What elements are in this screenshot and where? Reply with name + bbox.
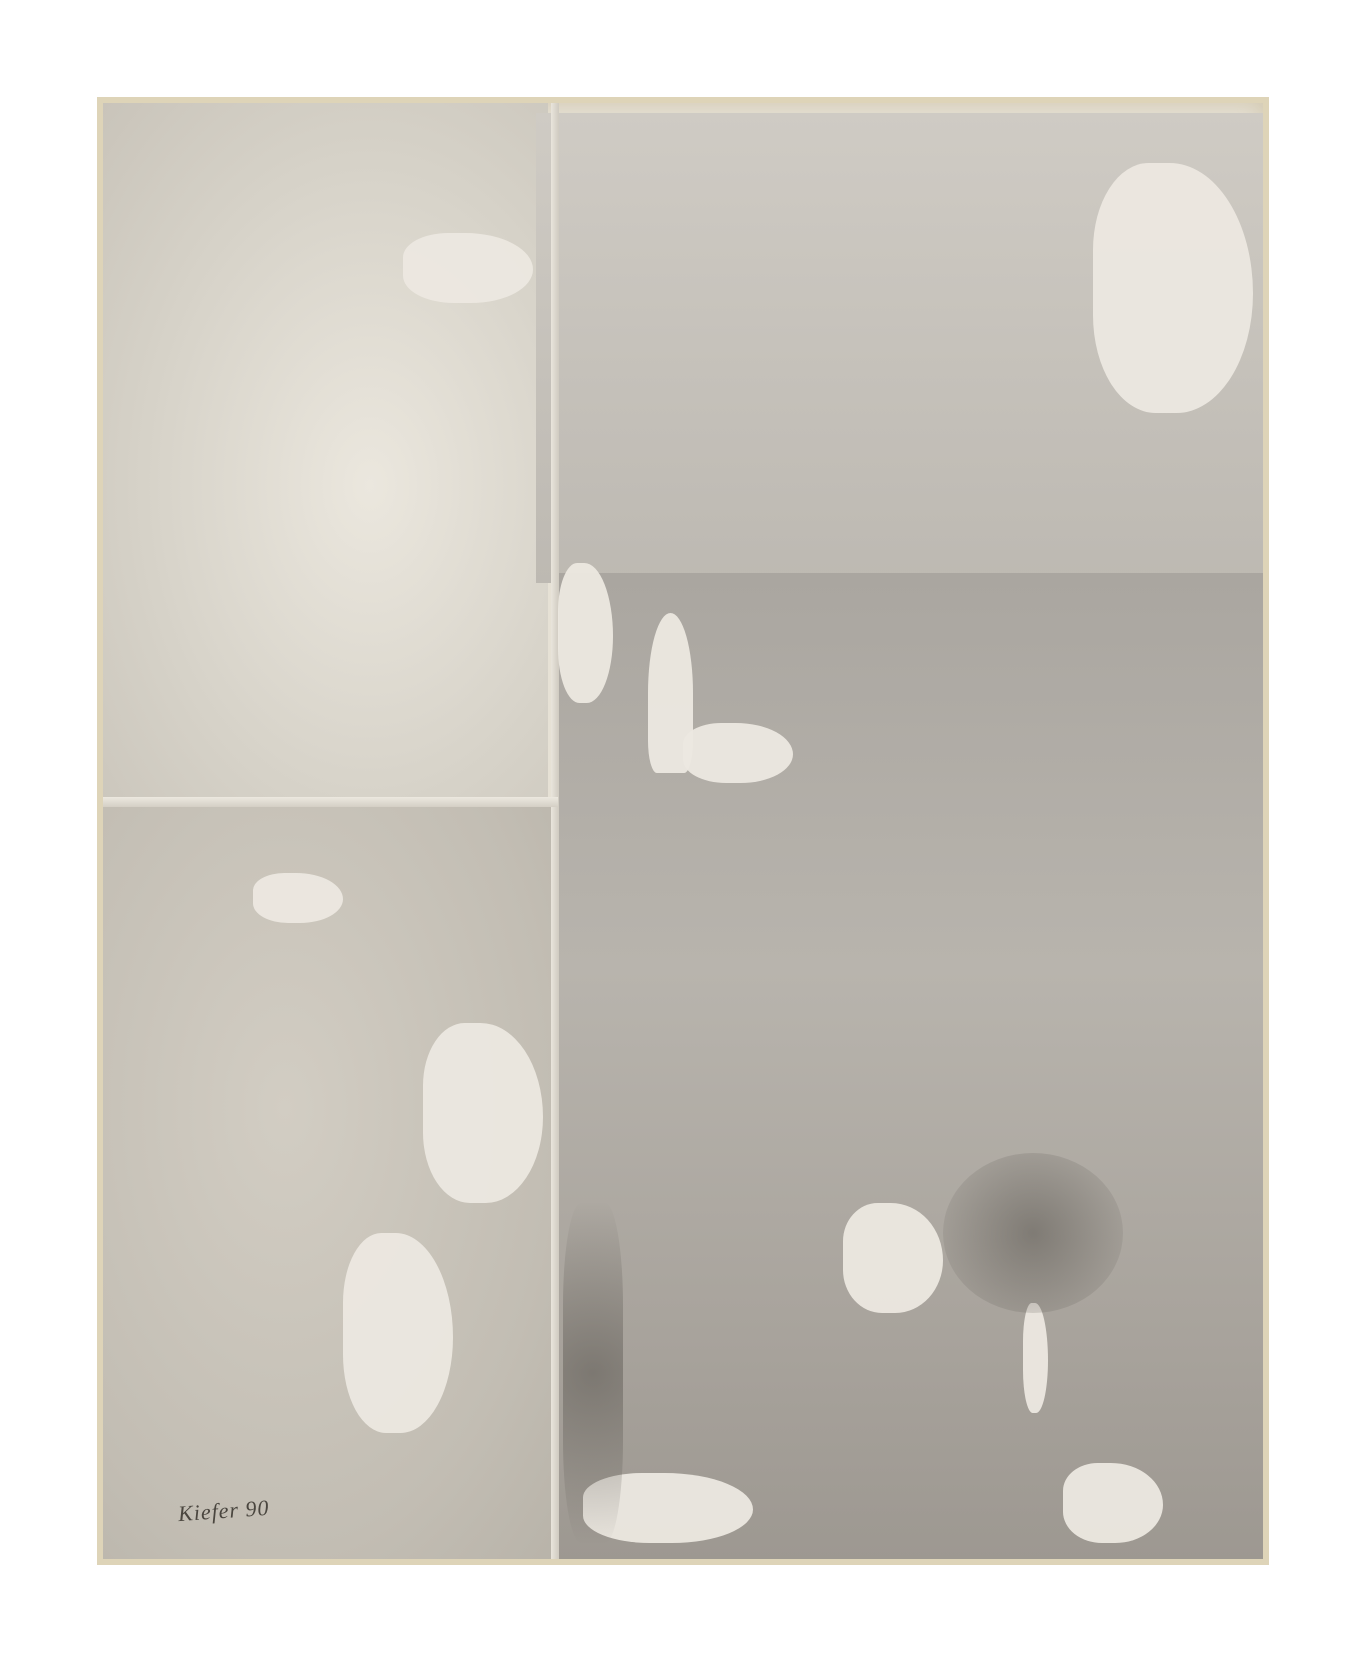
peel-patch — [253, 873, 343, 923]
peel-patch — [403, 233, 533, 303]
peel-patch — [683, 723, 793, 783]
peel-patch — [1023, 1303, 1048, 1413]
peel-patch — [558, 563, 613, 703]
peel-patch — [843, 1203, 943, 1313]
dark-stain — [563, 1203, 623, 1543]
dark-stain — [943, 1153, 1123, 1313]
artwork-canvas: Kiefer 90 — [97, 97, 1269, 1565]
horizontal-seam — [103, 797, 558, 807]
peel-patch — [1063, 1463, 1163, 1543]
panel-top-left — [103, 103, 548, 798]
vertical-seam — [551, 103, 559, 1561]
